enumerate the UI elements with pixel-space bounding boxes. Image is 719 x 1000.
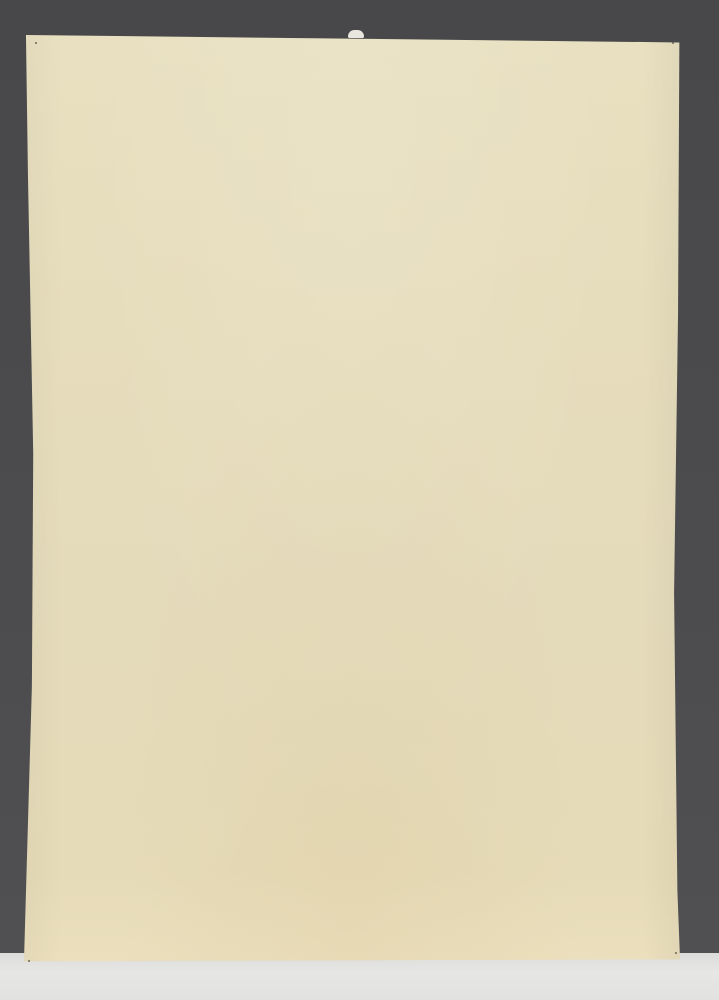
paper-shading <box>22 35 682 965</box>
pinhole-top-right <box>672 42 674 44</box>
paper-tab <box>348 30 364 38</box>
pinhole-top-left <box>35 42 37 44</box>
pinhole-bottom-right <box>675 952 677 954</box>
pinhole-bottom-left <box>28 960 30 962</box>
paper-sheet <box>22 35 682 965</box>
